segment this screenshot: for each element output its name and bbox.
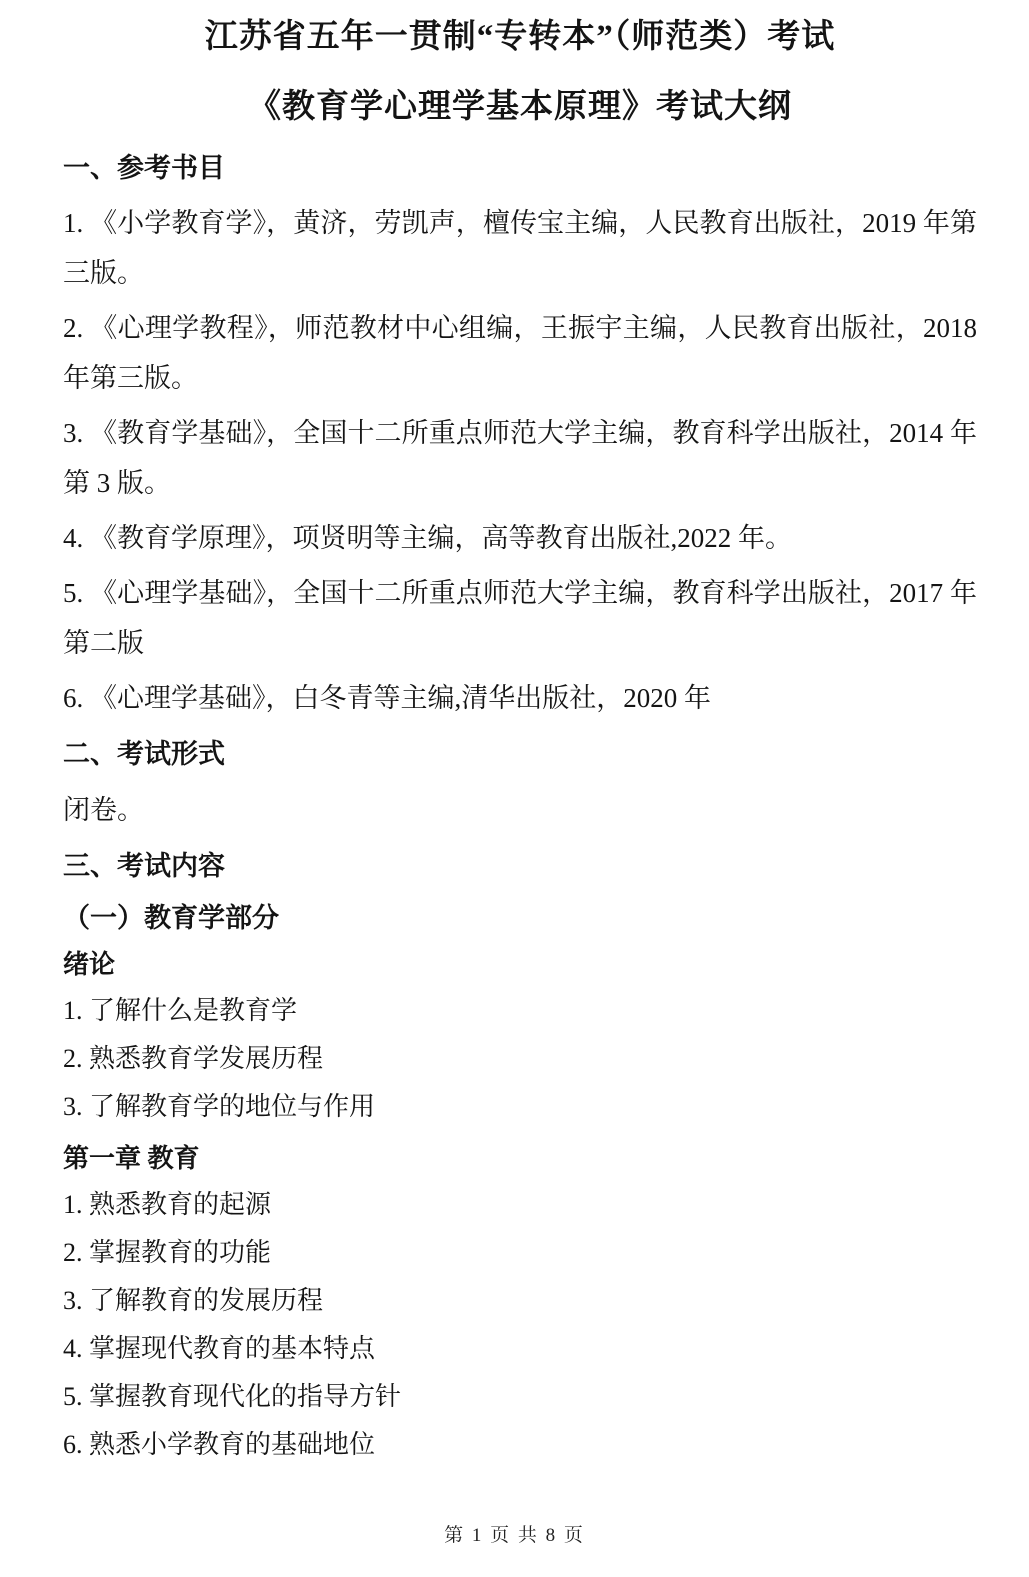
syllabus-point: 2. 掌握教育的功能 [63,1229,977,1277]
section-heading-references: 一、参考书目 [63,143,977,193]
syllabus-point: 2. 熟悉教育学发展历程 [63,1035,977,1083]
section-heading-exam-content: 三、考试内容 [63,841,977,891]
chapter-title-introduction: 绪论 [63,943,977,987]
syllabus-point: 3. 了解教育的发展历程 [63,1277,977,1325]
syllabus-point: 5. 掌握教育现代化的指导方针 [63,1373,977,1421]
section-heading-exam-form: 二、考试形式 [63,729,977,779]
reference-item-4: 4. 《教育学原理》，项贤明等主编，高等教育出版社,2022 年。 [63,513,977,563]
document-title-line-1: 江苏省五年一贯制“专转本”（师范类）考试 [63,10,977,65]
reference-item-2: 2. 《心理学教程》，师范教材中心组编，王振宇主编，人民教育出版社，2018 年… [63,303,977,403]
syllabus-point: 1. 熟悉教育的起源 [63,1181,977,1229]
reference-item-1: 1. 《小学教育学》，黄济，劳凯声，檀传宝主编，人民教育出版社，2019 年第三… [63,198,977,298]
syllabus-point: 6. 熟悉小学教育的基础地位 [63,1421,977,1469]
reference-item-5: 5. 《心理学基础》，全国十二所重点师范大学主编，教育科学出版社，2017 年第… [63,568,977,668]
document-title-line-2: 《教育学心理学基本原理》考试大纲 [63,80,977,135]
syllabus-point: 3. 了解教育学的地位与作用 [63,1083,977,1131]
part-heading-pedagogy: （一）教育学部分 [63,893,977,943]
reference-item-6: 6. 《心理学基础》，白冬青等主编,清华出版社，2020 年 [63,673,977,723]
syllabus-point: 4. 掌握现代教育的基本特点 [63,1325,977,1373]
syllabus-point: 1. 了解什么是教育学 [63,987,977,1035]
chapter-title-chapter-1: 第一章 教育 [63,1137,977,1181]
document-page: 江苏省五年一贯制“专转本”（师范类）考试 《教育学心理学基本原理》考试大纲 一、… [0,0,1029,1577]
page-number: 第 1 页 共 8 页 [0,1520,1029,1547]
reference-item-3: 3. 《教育学基础》，全国十二所重点师范大学主编，教育科学出版社，2014 年第… [63,408,977,508]
exam-form-body: 闭卷。 [63,785,977,835]
document-content: 江苏省五年一贯制“专转本”（师范类）考试 《教育学心理学基本原理》考试大纲 一、… [0,0,1029,1469]
